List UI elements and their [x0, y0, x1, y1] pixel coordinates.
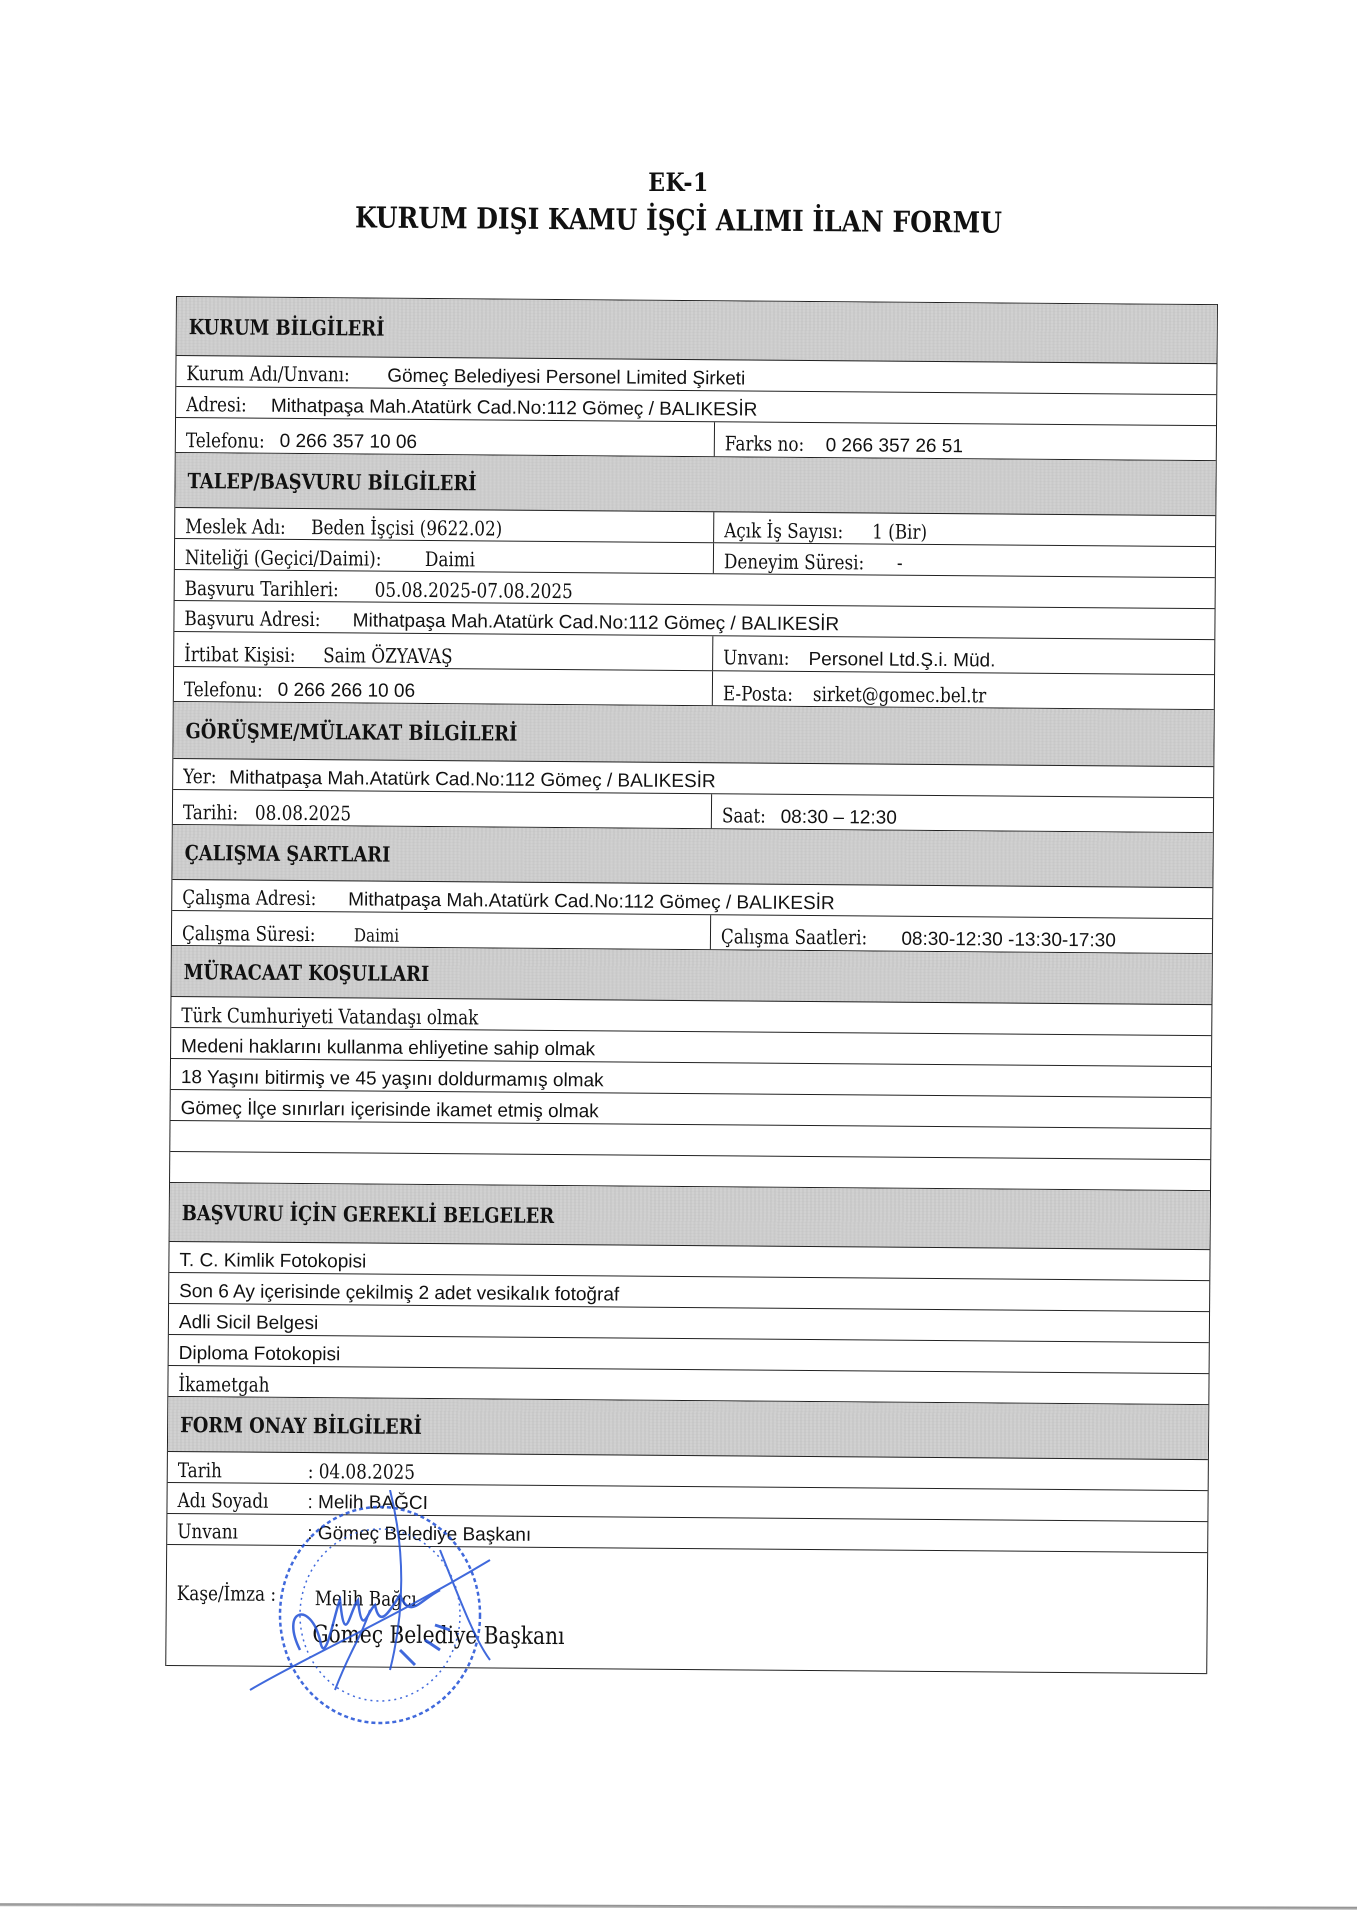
institution-name-value: Gömeç Belediyesi Personel Limited Şirket…: [387, 366, 745, 390]
interview-time-value: 08:30 – 12:30: [781, 807, 897, 829]
section-header-calisma: ÇALIŞMA ŞARTLARI: [172, 825, 1212, 888]
page-edge: [0, 1903, 1357, 1910]
interview-date-value: 08.08.2025: [255, 801, 351, 826]
signature-label: Kaşe/İmza :: [177, 1581, 276, 1606]
contact-phone-value: 0 266 266 10 06: [278, 680, 416, 703]
section-header-gorusme: GÖRÜŞME/MÜLAKAT BİLGİLERİ: [173, 702, 1213, 767]
openings-value: 1 (Bir): [872, 519, 927, 543]
nature-value: Daimi: [425, 547, 475, 571]
application-dates-value: 05.08.2025-07.08.2025: [374, 578, 572, 604]
work-hours-value: 08:30-12:30 -13:30-17:30: [901, 929, 1116, 952]
section-header-onay: FORM ONAY BİLGİLERİ: [168, 1397, 1208, 1460]
application-address-value: Mithatpaşa Mah.Atatürk Cad.No:112 Gömeç …: [353, 610, 840, 635]
work-address-value: Mithatpaşa Mah.Atatürk Cad.No:112 Gömeç …: [348, 889, 835, 914]
contact-person-value: Saim ÖZYAVAŞ: [323, 643, 453, 668]
work-duration-value: Daimi: [354, 925, 399, 946]
section-header-belgeler: BAŞVURU İÇİN GEREKLİ BELGELER: [170, 1183, 1210, 1250]
experience-value: -: [897, 551, 903, 575]
signature-title: Gömeç Belediye Başkanı: [312, 1620, 564, 1650]
approval-date-value: : 04.08.2025: [308, 1459, 415, 1484]
section-header-talep: TALEP/BAŞVURU BİLGİLERİ: [175, 453, 1215, 516]
signature-box: Kaşe/İmza : Melih Bağcı Gömeç Belediye B…: [166, 1545, 1207, 1674]
annex-label: EK-1: [81, 168, 1275, 197]
form-title: KURUM DIŞI KAMU İŞÇİ ALIMI İLAN FORMU: [95, 198, 1262, 241]
institution-fax-value: 0 266 357 26 51: [826, 435, 964, 457]
contact-title-value: Personel Ltd.Ş.i. Müd.: [808, 649, 995, 671]
section-header-muracaat: MÜRACAAT KOŞULLARI: [171, 946, 1211, 1005]
institution-phone-value: 0 266 357 10 06: [280, 431, 418, 454]
document-titles: EK-1 KURUM DIŞI KAMU İŞÇİ ALIMI İLAN FOR…: [0, 168, 1357, 237]
contact-email-value[interactable]: sirket@gomec.bel.tr: [813, 682, 987, 707]
occupation-value: Beden İşçisi (9622.02): [311, 515, 502, 541]
approval-name-value: : Melih BAĞCI: [307, 1492, 428, 1514]
announcement-form: KURUM BİLGİLERİ Kurum Adı/Unvanı: Gömeç …: [165, 296, 1218, 1674]
institution-address-value: Mithatpaşa Mah.Atatürk Cad.No:112 Gömeç …: [271, 396, 758, 421]
section-header-kurum: KURUM BİLGİLERİ: [177, 297, 1217, 364]
signature-name: Melih Bağcı: [315, 1586, 417, 1611]
interview-place-value: Mithatpaşa Mah.Atatürk Cad.No:112 Gömeç …: [229, 767, 716, 792]
approval-title-value: : Gömeç Belediye Başkanı: [307, 1523, 531, 1546]
